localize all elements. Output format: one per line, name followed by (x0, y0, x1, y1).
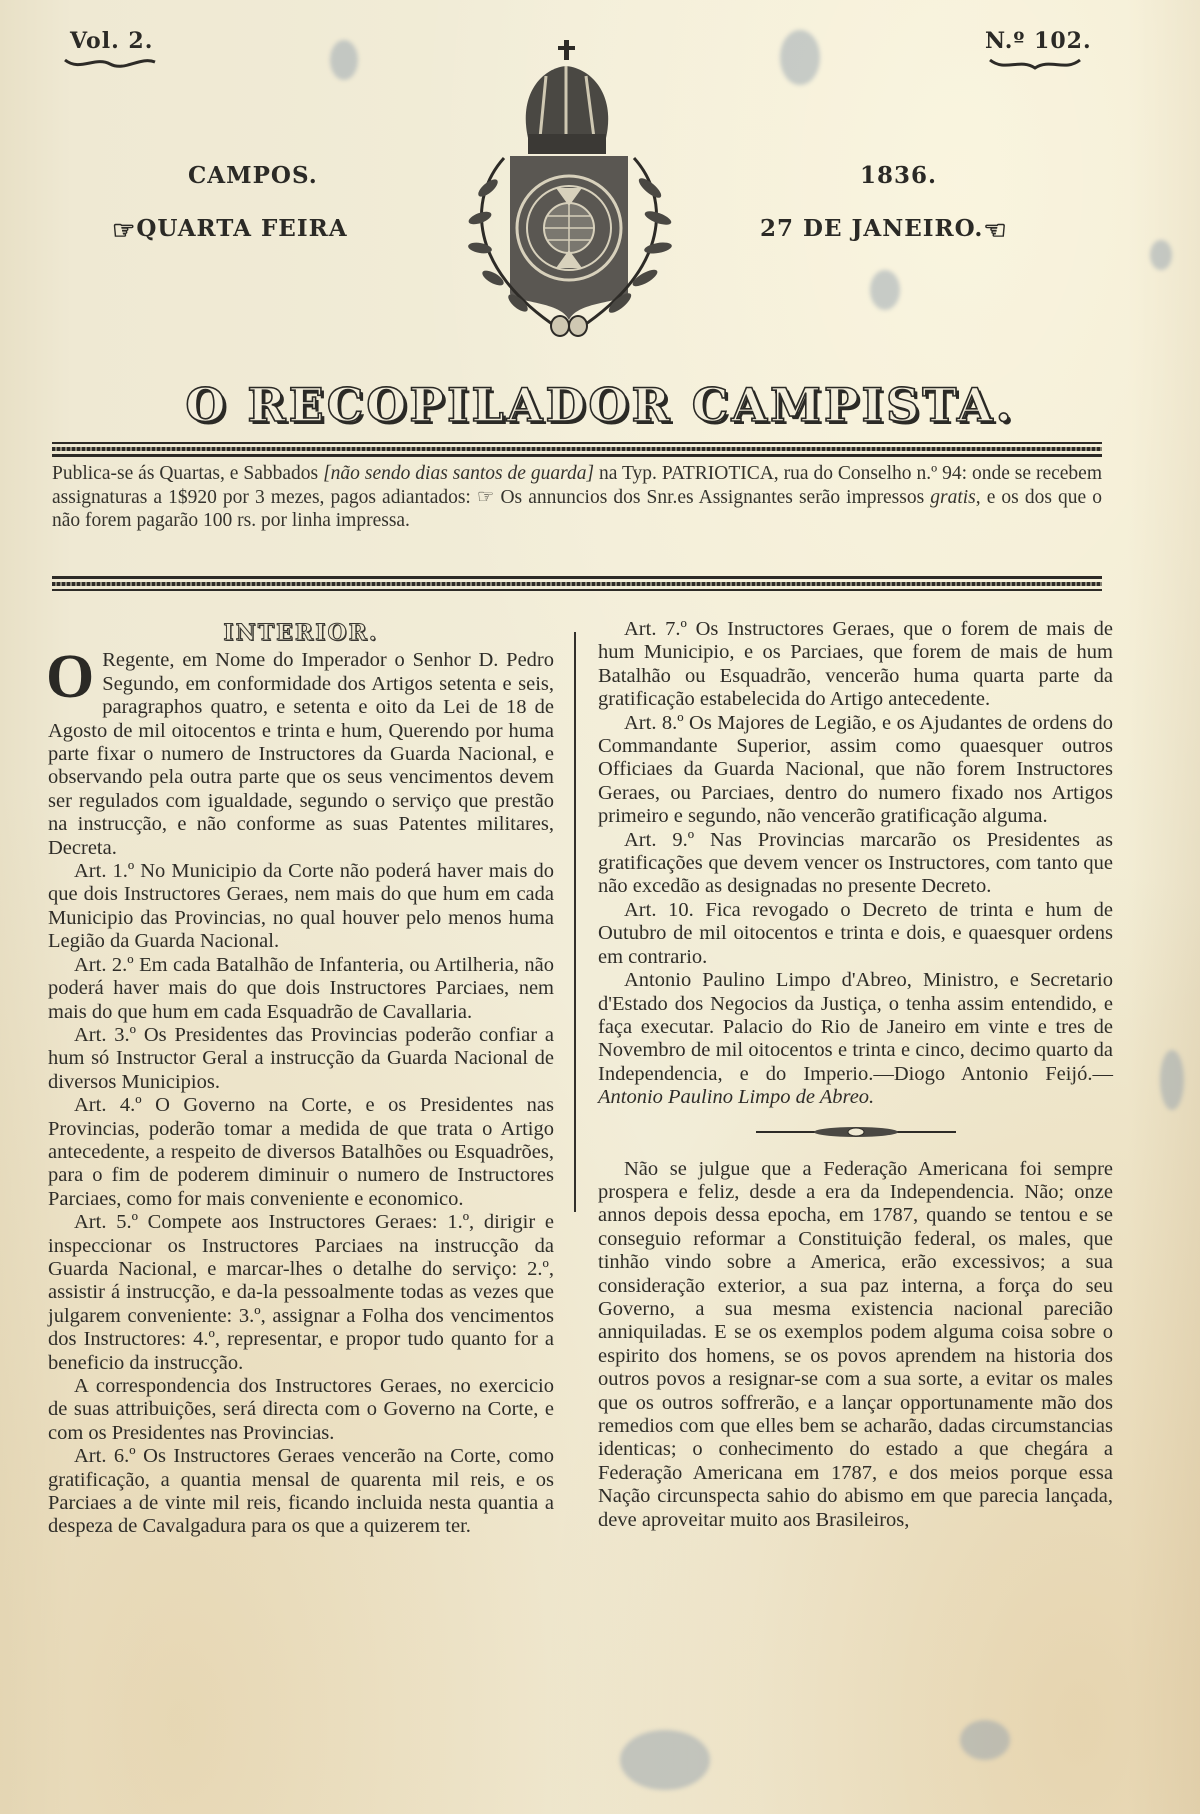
pointing-hand-right-icon: ☞ (477, 487, 494, 508)
pointing-hand-right-icon: ☞ (112, 216, 136, 246)
decree-article: Art. 1.º No Municipio da Corte não poder… (48, 860, 554, 954)
decree-article: Art. 6.º Os Instructores Geraes vencerão… (48, 1445, 554, 1539)
water-stain (870, 270, 900, 310)
federacao-article: Não se julgue que a Federação Americana … (598, 1158, 1113, 1533)
water-stain (330, 40, 358, 80)
column-divider (574, 632, 576, 1212)
pointing-hand-left-icon: ☜ (983, 216, 1007, 246)
imperial-coat-of-arms-icon (448, 38, 688, 338)
bottom-rule (52, 576, 1102, 594)
decree-article: Art. 2.º Em cada Batalhão de Infanteria,… (48, 954, 554, 1024)
water-stain (780, 30, 820, 85)
newspaper-title: O RECOPILADOR CAMPISTA. (0, 378, 1200, 432)
decree-preamble: O Regente, em Nome do Imperador o Senhor… (48, 649, 554, 860)
volume-label: Vol. 2. (70, 28, 153, 54)
decree-article: Art. 4.º O Governo na Corte, e os Presid… (48, 1094, 554, 1211)
swash-ornament-icon (985, 56, 1085, 76)
issue-number: N.º 102. (985, 28, 1092, 54)
drop-cap: O (46, 651, 94, 703)
decree-article: Art. 8.º Os Majores de Legião, e os Ajud… (598, 712, 1113, 829)
newspaper-page: Vol. 2. N.º 102. CAMPOS. 1836. ☞QUARTA F… (0, 0, 1200, 1814)
decree-article: Art. 9.º Nas Provincias marcarão os Pres… (598, 829, 1113, 899)
decree-article: Art. 7.º Os Instructores Geraes, que o f… (598, 618, 1113, 712)
decree-article: Art. 10. Fica revogado o Decreto de trin… (598, 899, 1113, 969)
right-column: Art. 7.º Os Instructores Geraes, que o f… (598, 618, 1113, 1532)
weekday-line: ☞QUARTA FEIRA (112, 215, 348, 246)
date-label: 27 DE JANEIRO. (760, 215, 983, 242)
place-label: CAMPOS. (188, 162, 318, 189)
section-heading-interior: INTERIOR. (48, 622, 554, 645)
decree-closing: Antonio Paulino Limpo d'Abreo, Ministro,… (598, 969, 1113, 1109)
minister-signature: Antonio Paulino Limpo de Abreo. (598, 1086, 874, 1108)
swash-ornament-icon (60, 54, 160, 74)
decree-article: A correspondencia dos Instructores Gerae… (48, 1375, 554, 1445)
decree-article: Art. 5.º Compete aos Instructores Geraes… (48, 1211, 554, 1375)
publication-notice: Publica-se ás Quartas, e Sabbados [não s… (52, 462, 1102, 533)
left-column: INTERIOR. O Regente, em Nome do Imperado… (48, 622, 554, 1539)
date-line: 27 DE JANEIRO.☜ (760, 215, 1008, 246)
water-stain (960, 1720, 1010, 1760)
weekday-label: QUARTA FEIRA (136, 215, 347, 242)
water-stain (620, 1730, 710, 1790)
water-stain (1160, 1050, 1184, 1110)
year-label: 1836. (860, 162, 937, 189)
decree-article: Art. 3.º Os Presidentes das Provincias p… (48, 1024, 554, 1094)
section-ornament-icon (756, 1126, 956, 1138)
top-rule (52, 442, 1102, 460)
water-stain (1150, 240, 1172, 270)
